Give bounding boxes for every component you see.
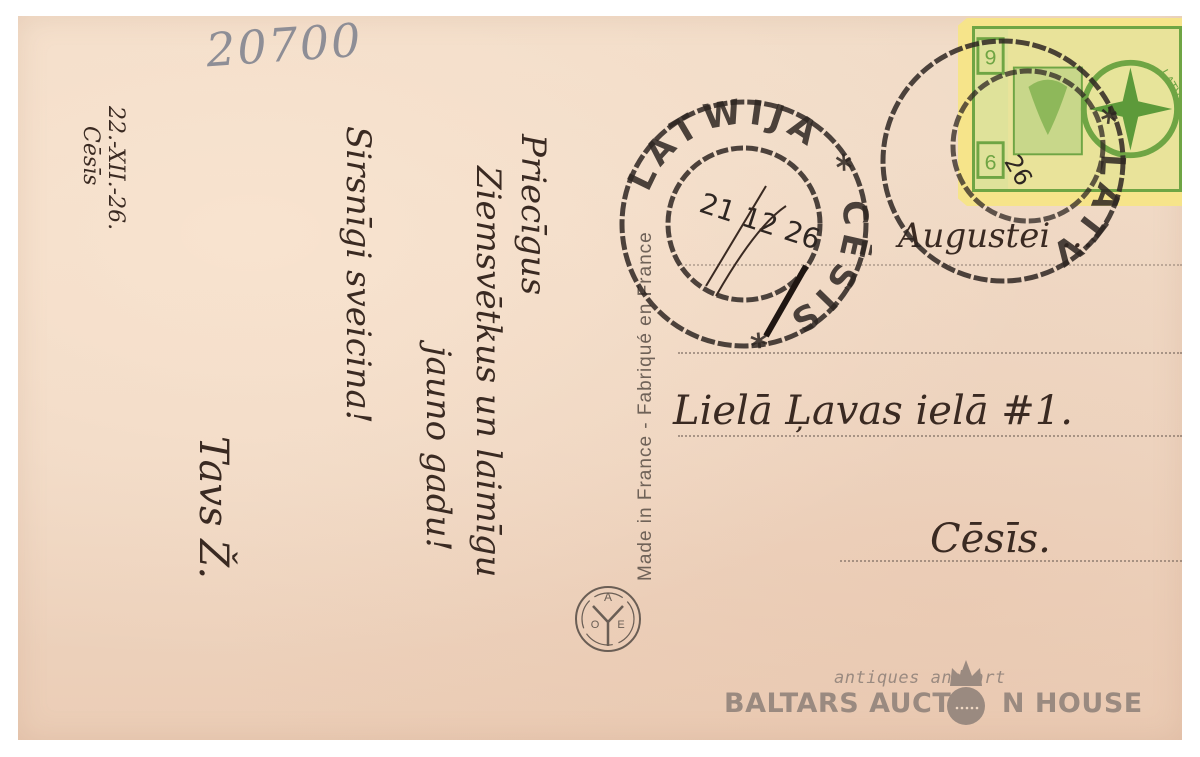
date-note-place: Cēsīs	[78, 126, 103, 185]
svg-text:* LATV: * LATV	[1040, 102, 1128, 277]
svg-text:E: E	[617, 619, 624, 631]
address-street: Lielā Ļavas ielā #1.	[673, 388, 1073, 434]
watermark-brand-pre: BALTARS AUCTI	[724, 688, 962, 719]
postcard-back: 20700 22.-XII.-26. Cēsīs Priecīgus Ziems…	[18, 16, 1182, 740]
latvija-stamp-cancel-icon: * LATV 26	[878, 36, 1128, 286]
watermark-brand: BALTARS AUCTIN HOUSE	[724, 688, 1143, 719]
message-line: Ziemsvētkus un laimīgu	[468, 166, 508, 577]
auction-house-watermark: antiques and art BALTARS AUCTIN HOUSE	[720, 664, 1140, 736]
crown-icon	[948, 658, 984, 688]
date-note-date: 22.-XII.-26.	[103, 106, 128, 230]
address-rule-1	[678, 352, 1182, 354]
message-signature: Tavs Ž.	[190, 436, 236, 579]
address-rule-2	[678, 435, 1182, 437]
svg-text:O: O	[591, 619, 600, 631]
inventory-number: 20700	[204, 13, 364, 78]
message-line: jauno gadu!	[418, 346, 458, 551]
svg-text:A: A	[604, 590, 612, 604]
watermark-brand-post: N HOUSE	[1002, 688, 1143, 719]
svg-text:26: 26	[998, 150, 1038, 190]
ayoe-publisher-monogram-icon: A O E	[573, 584, 643, 654]
message-line: Sirsnīgi sveicina!	[338, 126, 378, 423]
auction-globe-icon	[946, 686, 986, 726]
address-city: Cēsīs.	[930, 516, 1051, 562]
cesis-latvija-postmark-icon: LATWIJA * CĒSIS * 21 12 26	[616, 96, 872, 352]
message-line: Priecīgus	[513, 134, 553, 295]
